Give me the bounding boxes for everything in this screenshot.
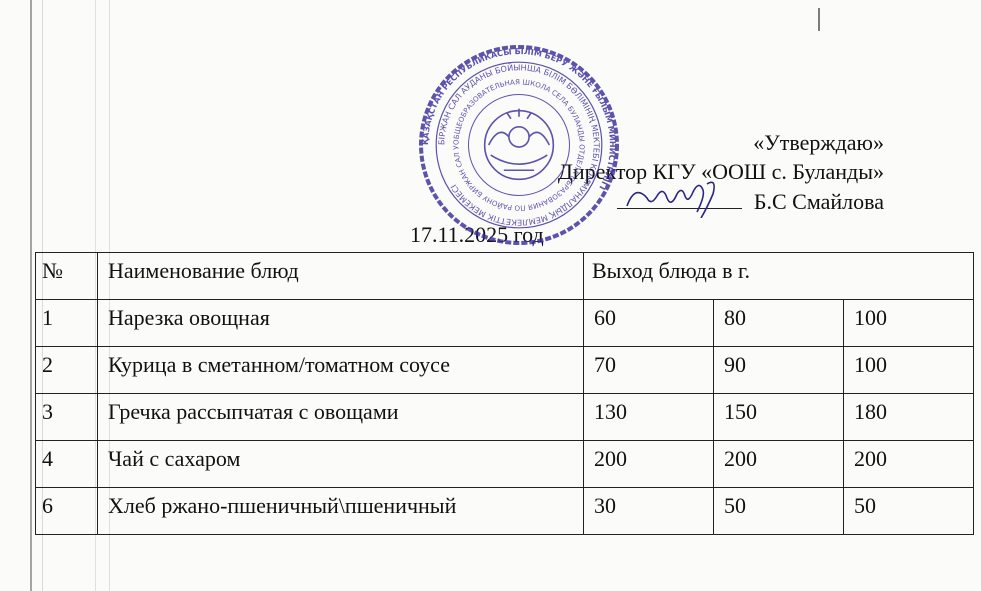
approval-signatory: Б.С Смайлова — [754, 189, 884, 214]
table-row: 3 Гречка рассыпчатая с овощами 130 150 1… — [36, 394, 974, 441]
row-num: 1 — [36, 300, 98, 347]
row-value: 50 — [844, 488, 974, 535]
row-value: 50 — [714, 488, 844, 535]
row-value: 60 — [584, 300, 714, 347]
signature-line — [617, 186, 742, 209]
row-name: Гречка рассыпчатая с овощами — [98, 394, 584, 441]
row-value: 200 — [584, 441, 714, 488]
row-value: 80 — [714, 300, 844, 347]
row-num: 6 — [36, 488, 98, 535]
row-value: 90 — [714, 347, 844, 394]
table-row: 2 Курица в сметанном/томатном соусе 70 9… — [36, 347, 974, 394]
row-num: 3 — [36, 394, 98, 441]
header-name: Наименование блюд — [98, 253, 584, 300]
row-value: 70 — [584, 347, 714, 394]
scan-artifact — [818, 8, 820, 31]
header-num: № — [36, 253, 98, 300]
row-name: Курица в сметанном/томатном соусе — [98, 347, 584, 394]
row-value: 100 — [844, 347, 974, 394]
signature-icon — [617, 178, 742, 218]
row-name: Хлеб ржано-пшеничный\пшеничный — [98, 488, 584, 535]
approval-title: «Утверждаю» — [558, 128, 884, 157]
row-value: 180 — [844, 394, 974, 441]
document-date: 17.11.2025 год — [410, 222, 544, 248]
signature-row: Б.С Смайлова — [558, 186, 884, 216]
state-emblem-icon — [485, 109, 554, 180]
row-num: 4 — [36, 441, 98, 488]
table-row: 1 Нарезка овощная 60 80 100 — [36, 300, 974, 347]
table-row: 4 Чай с сахаром 200 200 200 — [36, 441, 974, 488]
row-name: Нарезка овощная — [98, 300, 584, 347]
table-header-row: № Наименование блюд Выход блюда в г. — [36, 253, 974, 300]
row-value: 130 — [584, 394, 714, 441]
scan-artifact — [30, 0, 32, 591]
row-value: 200 — [714, 441, 844, 488]
row-value: 200 — [844, 441, 974, 488]
approval-block: «Утверждаю» Директор КГУ «ООШ с. Буланды… — [558, 128, 884, 216]
row-name: Чай с сахаром — [98, 441, 584, 488]
row-value: 150 — [714, 394, 844, 441]
header-yield: Выход блюда в г. — [584, 253, 974, 300]
row-value: 100 — [844, 300, 974, 347]
table-row: 6 Хлеб ржано-пшеничный\пшеничный 30 50 5… — [36, 488, 974, 535]
row-num: 2 — [36, 347, 98, 394]
menu-table: № Наименование блюд Выход блюда в г. 1 Н… — [35, 252, 974, 535]
row-value: 30 — [584, 488, 714, 535]
